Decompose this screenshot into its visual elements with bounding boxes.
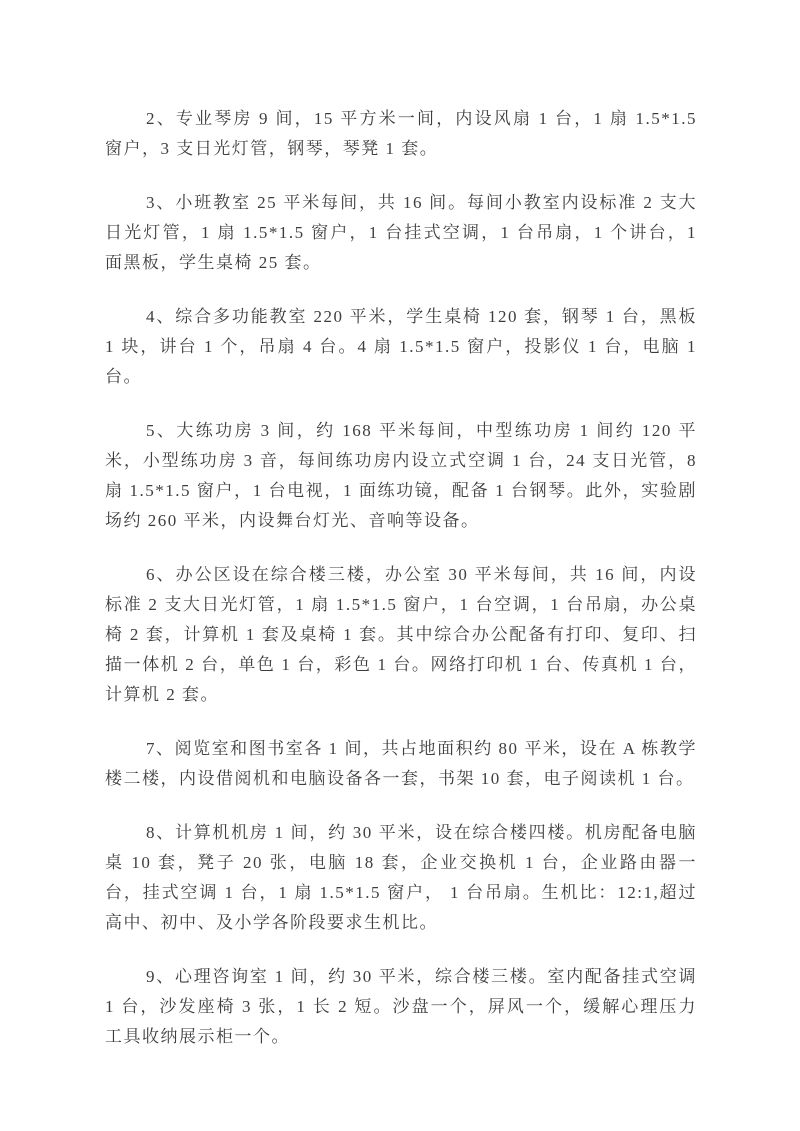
paragraph-6: 6、办公区设在综合楼三楼，办公室 30 平米每间，共 16 间，内设标准 2 支…	[105, 560, 697, 710]
paragraph-2: 2、专业琴房 9 间，15 平方米一间，内设风扇 1 台，1 扇 1.5*1.5…	[105, 104, 697, 164]
paragraph-5: 5、大练功房 3 间，约 168 平米每间，中型练功房 1 间约 120 平米，…	[105, 416, 697, 536]
document-body: 2、专业琴房 9 间，15 平方米一间，内设风扇 1 台，1 扇 1.5*1.5…	[105, 104, 697, 1052]
paragraph-4: 4、综合多功能教室 220 平米，学生桌椅 120 套，钢琴 1 台，黑板 1 …	[105, 302, 697, 392]
paragraph-7: 7、阅览室和图书室各 1 间，共占地面积约 80 平米，设在 A 栋教学楼二楼，…	[105, 734, 697, 794]
document-page: 2、专业琴房 9 间，15 平方米一间，内设风扇 1 台，1 扇 1.5*1.5…	[0, 0, 800, 1131]
paragraph-3: 3、小班教室 25 平米每间，共 16 间。每间小教室内设标准 2 支大日光灯管…	[105, 188, 697, 278]
paragraph-8: 8、计算机机房 1 间，约 30 平米，设在综合楼四楼。机房配备电脑桌 10 套…	[105, 818, 697, 938]
paragraph-9: 9、心理咨询室 1 间，约 30 平米，综合楼三楼。室内配备挂式空调 1 台，沙…	[105, 962, 697, 1052]
